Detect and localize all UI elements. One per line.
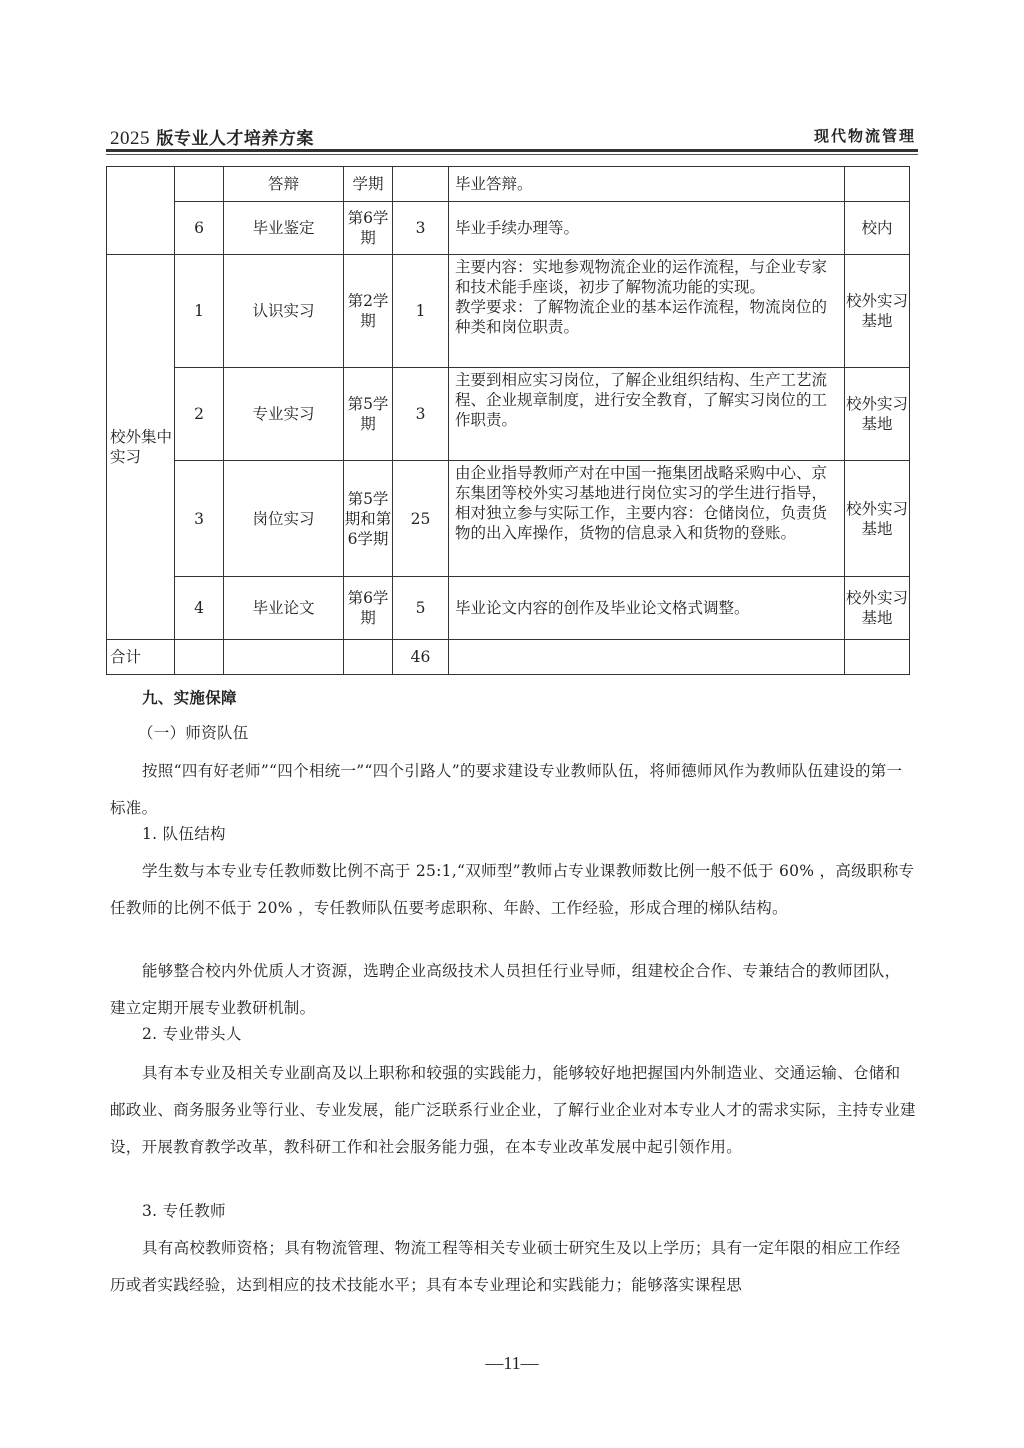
no-cell — [175, 167, 224, 202]
weeks-cell: 5 — [393, 577, 449, 640]
total-row: 合计 46 — [107, 640, 910, 675]
name-cell: 专业实习 — [224, 368, 344, 461]
item1-title: 1. 队伍结构 — [142, 816, 842, 853]
item2-title: 2. 专业带头人 — [142, 1016, 842, 1053]
content-cell: 主要到相应实习岗位，了解企业组织结构、生产工艺流程、企业规章制度，进行安全教育，… — [449, 368, 845, 461]
location-cell: 校内 — [845, 202, 910, 255]
empty-cell — [344, 640, 393, 675]
table-row: 校外集中实习 1 认识实习 第2学期 1 主要内容：实地参观物流企业的运作流程，… — [107, 255, 910, 368]
item3-paragraph: 具有高校教师资格；具有物流管理、物流工程等相关专业硕士研究生及以上学历；具有一定… — [110, 1230, 916, 1304]
weeks-cell: 1 — [393, 255, 449, 368]
name-cell: 认识实习 — [224, 255, 344, 368]
weeks-cell: 3 — [393, 368, 449, 461]
section-heading: 九、实施保障 — [142, 679, 842, 716]
table-row: 3 岗位实习 第5学期和第6学期 25 由企业指导教师产对在中国一拖集团战略采购… — [107, 461, 910, 577]
term-cell: 第2学期 — [344, 255, 393, 368]
item2-paragraph: 具有本专业及相关专业副高及以上职称和较强的实践能力，能够较好地把握国内外制造业、… — [110, 1055, 916, 1166]
location-cell: 校外实习基地 — [845, 577, 910, 640]
no-cell: 1 — [175, 255, 224, 368]
weeks-cell: 3 — [393, 202, 449, 255]
no-cell: 6 — [175, 202, 224, 255]
name-cell: 毕业论文 — [224, 577, 344, 640]
term-cell: 第5学期 — [344, 368, 393, 461]
header-right-title: 现代物流管理 — [814, 125, 916, 146]
practice-table: 答辩 学期 毕业答辩。 6 毕业鉴定 第6学期 3 毕业手续办理等。 校内 校外… — [106, 166, 910, 675]
term-cell: 第6学期 — [344, 202, 393, 255]
page-header: 2025 版专业人才培养方案 现代物流管理 — [110, 124, 916, 148]
content-cell: 毕业答辩。 — [449, 167, 845, 202]
term-cell: 第5学期和第6学期 — [344, 461, 393, 577]
location-cell — [845, 167, 910, 202]
header-rule-thin — [106, 154, 918, 155]
table-row: 6 毕业鉴定 第6学期 3 毕业手续办理等。 校内 — [107, 202, 910, 255]
content-cell: 主要内容：实地参观物流企业的运作流程，与企业专家和技术能手座谈，初步了解物流功能… — [449, 255, 845, 368]
category-cell: 校外集中实习 — [107, 255, 175, 640]
no-cell: 4 — [175, 577, 224, 640]
table-row: 2 专业实习 第5学期 3 主要到相应实习岗位，了解企业组织结构、生产工艺流程、… — [107, 368, 910, 461]
location-cell: 校外实习基地 — [845, 368, 910, 461]
empty-cell — [224, 640, 344, 675]
empty-cell — [449, 640, 845, 675]
content-cell: 毕业手续办理等。 — [449, 202, 845, 255]
no-cell: 3 — [175, 461, 224, 577]
no-cell: 2 — [175, 368, 224, 461]
term-cell: 学期 — [344, 167, 393, 202]
subsection-heading: （一）师资队伍 — [138, 715, 838, 752]
weeks-cell — [393, 167, 449, 202]
name-cell: 答辩 — [224, 167, 344, 202]
category-cell — [107, 167, 175, 255]
term-cell: 第6学期 — [344, 577, 393, 640]
page-number: —11— — [0, 1353, 1024, 1374]
header-year: 2025 — [110, 128, 150, 149]
empty-cell — [175, 640, 224, 675]
name-cell: 岗位实习 — [224, 461, 344, 577]
item1-paragraph-1: 学生数与本专业专任教师数比例不高于 25:1,“双师型”教师占专业课教师数比例一… — [110, 853, 916, 927]
weeks-cell: 25 — [393, 461, 449, 577]
name-cell: 毕业鉴定 — [224, 202, 344, 255]
table-row: 答辩 学期 毕业答辩。 — [107, 167, 910, 202]
header-rule-thick — [106, 149, 918, 152]
total-weeks: 46 — [393, 640, 449, 675]
item3-title: 3. 专任教师 — [142, 1193, 842, 1230]
header-left-title: 2025 版专业人才培养方案 — [110, 124, 314, 150]
header-doc-title: 版专业人才培养方案 — [156, 129, 314, 149]
content-cell: 毕业论文内容的创作及毕业论文格式调整。 — [449, 577, 845, 640]
content-main: 主要内容：实地参观物流企业的运作流程，与企业专家和技术能手座谈，初步了解物流功能… — [455, 257, 840, 297]
total-label: 合计 — [107, 640, 175, 675]
content-cell: 由企业指导教师产对在中国一拖集团战略采购中心、京东集团等校外实习基地进行岗位实习… — [449, 461, 845, 577]
location-cell: 校外实习基地 — [845, 255, 910, 368]
content-requirement: 教学要求：了解物流企业的基本运作流程，物流岗位的种类和岗位职责。 — [455, 297, 840, 337]
table-row: 4 毕业论文 第6学期 5 毕业论文内容的创作及毕业论文格式调整。 校外实习基地 — [107, 577, 910, 640]
empty-cell — [845, 640, 910, 675]
location-cell: 校外实习基地 — [845, 461, 910, 577]
